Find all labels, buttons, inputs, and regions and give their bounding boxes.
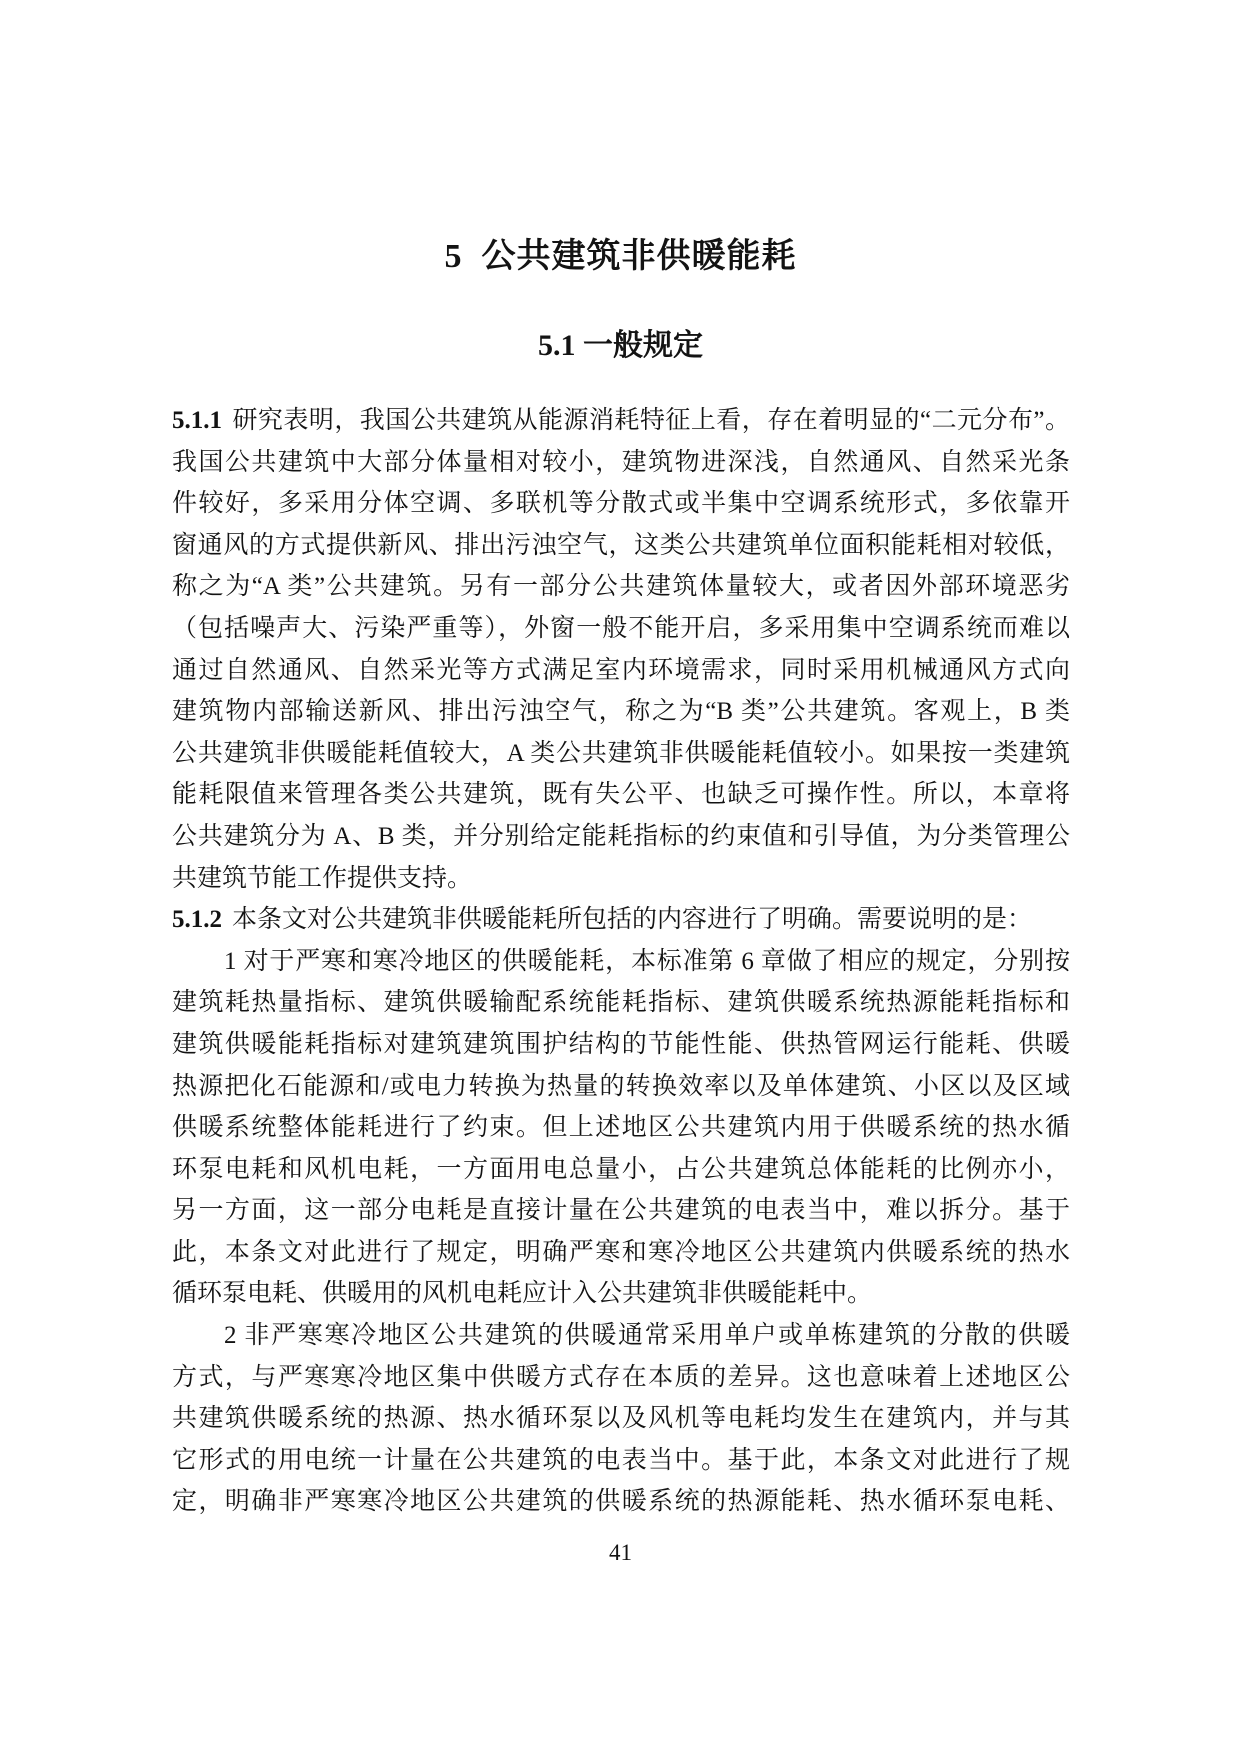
text-line: 5.1.2本条文对公共建筑非供暖能耗所包括的内容进行了明确。需要说明的是：	[172, 899, 1070, 941]
chapter-title: 5 公共建筑非供暖能耗	[0, 232, 1241, 282]
text-line: 建筑耗热量指标、建筑供暖输配系统能耗指标、建筑供暖系统热源能耗指标和	[172, 982, 1070, 1024]
text-line-content: 本条文对公共建筑非供暖能耗所包括的内容进行了明确。需要说明的是：	[232, 906, 1032, 933]
section-title: 5.1 一般规定	[0, 322, 1241, 370]
text-line: 循环泵电耗、供暖用的风机电耗应计入公共建筑非供暖能耗中。	[172, 1273, 1070, 1315]
text-line: 热源把化石能源和/或电力转换为热量的转换效率以及单体建筑、小区以及区域	[172, 1066, 1070, 1108]
text-line: 供暖系统整体能耗进行了约束。但上述地区公共建筑内用于供暖系统的热水循	[172, 1107, 1070, 1149]
text-line: 5.1.1研究表明，我国公共建筑从能源消耗特征上看，存在着明显的“二元分布”。	[172, 400, 1070, 442]
clause-number-5-1-1: 5.1.1	[172, 407, 232, 434]
document-page: 5 公共建筑非供暖能耗 5.1 一般规定 5.1.1研究表明，我国公共建筑从能源…	[0, 0, 1241, 1754]
text-line: 此，本条文对此进行了规定，明确严寒和寒冷地区公共建筑内供暖系统的热水	[172, 1232, 1070, 1274]
text-line: 窗通风的方式提供新风、排出污浊空气，这类公共建筑单位面积能耗相对较低，	[172, 525, 1070, 567]
text-line: 它形式的用电统一计量在公共建筑的电表当中。基于此，本条文对此进行了规	[172, 1440, 1070, 1482]
text-line: 件较好，多采用分体空调、多联机等分散式或半集中空调系统形式，多依靠开	[172, 483, 1070, 525]
text-line: 建筑供暖能耗指标对建筑建筑围护结构的节能性能、供热管网运行能耗、供暖	[172, 1024, 1070, 1066]
paragraph-5-1-2-item-1: 1 对于严寒和寒冷地区的供暖能耗，本标准第 6 章做了相应的规定，分别按 建筑耗…	[172, 941, 1070, 1315]
text-line: 定，明确非严寒寒冷地区公共建筑的供暖系统的热源能耗、热水循环泵电耗、	[172, 1481, 1070, 1523]
text-line: 能耗限值来管理各类公共建筑，既有失公平、也缺乏可操作性。所以，本章将	[172, 774, 1070, 816]
clause-number-5-1-2: 5.1.2	[172, 906, 232, 933]
page-number: 41	[0, 1538, 1241, 1568]
text-line: 2 非严寒寒冷地区公共建筑的供暖通常采用单户或单栋建筑的分散的供暖	[172, 1315, 1070, 1357]
text-line-content: 研究表明，我国公共建筑从能源消耗特征上看，存在着明显的“二元分布”。	[232, 407, 1070, 434]
text-line: 公共建筑分为 A、B 类，并分别给定能耗指标的约束值和引导值，为分类管理公	[172, 816, 1070, 858]
text-line: 1 对于严寒和寒冷地区的供暖能耗，本标准第 6 章做了相应的规定，分别按	[172, 941, 1070, 983]
text-line: 共建筑节能工作提供支持。	[172, 858, 1070, 900]
text-line: （包括噪声大、污染严重等），外窗一般不能开启，多采用集中空调系统而难以	[172, 608, 1070, 650]
text-line: 公共建筑非供暖能耗值较大，A 类公共建筑非供暖能耗值较小。如果按一类建筑	[172, 733, 1070, 775]
text-line: 我国公共建筑中大部分体量相对较小，建筑物进深浅，自然通风、自然采光条	[172, 442, 1070, 484]
text-line: 环泵电耗和风机电耗，一方面用电总量小，占公共建筑总体能耗的比例亦小，	[172, 1149, 1070, 1191]
text-line: 建筑物内部输送新风、排出污浊空气，称之为“B 类”公共建筑。客观上，B 类	[172, 691, 1070, 733]
text-line: 通过自然通风、自然采光等方式满足室内环境需求，同时采用机械通风方式向	[172, 650, 1070, 692]
text-line: 称之为“A 类”公共建筑。另有一部分公共建筑体量较大，或者因外部环境恶劣	[172, 566, 1070, 608]
paragraph-5-1-2: 5.1.2本条文对公共建筑非供暖能耗所包括的内容进行了明确。需要说明的是：	[172, 899, 1070, 941]
text-line: 共建筑供暖系统的热源、热水循环泵以及风机等电耗均发生在建筑内，并与其	[172, 1398, 1070, 1440]
text-line: 方式，与严寒寒冷地区集中供暖方式存在本质的差异。这也意味着上述地区公	[172, 1357, 1070, 1399]
text-line: 另一方面，这一部分电耗是直接计量在公共建筑的电表当中，难以拆分。基于	[172, 1190, 1070, 1232]
paragraph-5-1-1: 5.1.1研究表明，我国公共建筑从能源消耗特征上看，存在着明显的“二元分布”。 …	[172, 400, 1070, 899]
document-body: 5.1.1研究表明，我国公共建筑从能源消耗特征上看，存在着明显的“二元分布”。 …	[172, 400, 1070, 1523]
paragraph-5-1-2-item-2: 2 非严寒寒冷地区公共建筑的供暖通常采用单户或单栋建筑的分散的供暖 方式，与严寒…	[172, 1315, 1070, 1523]
